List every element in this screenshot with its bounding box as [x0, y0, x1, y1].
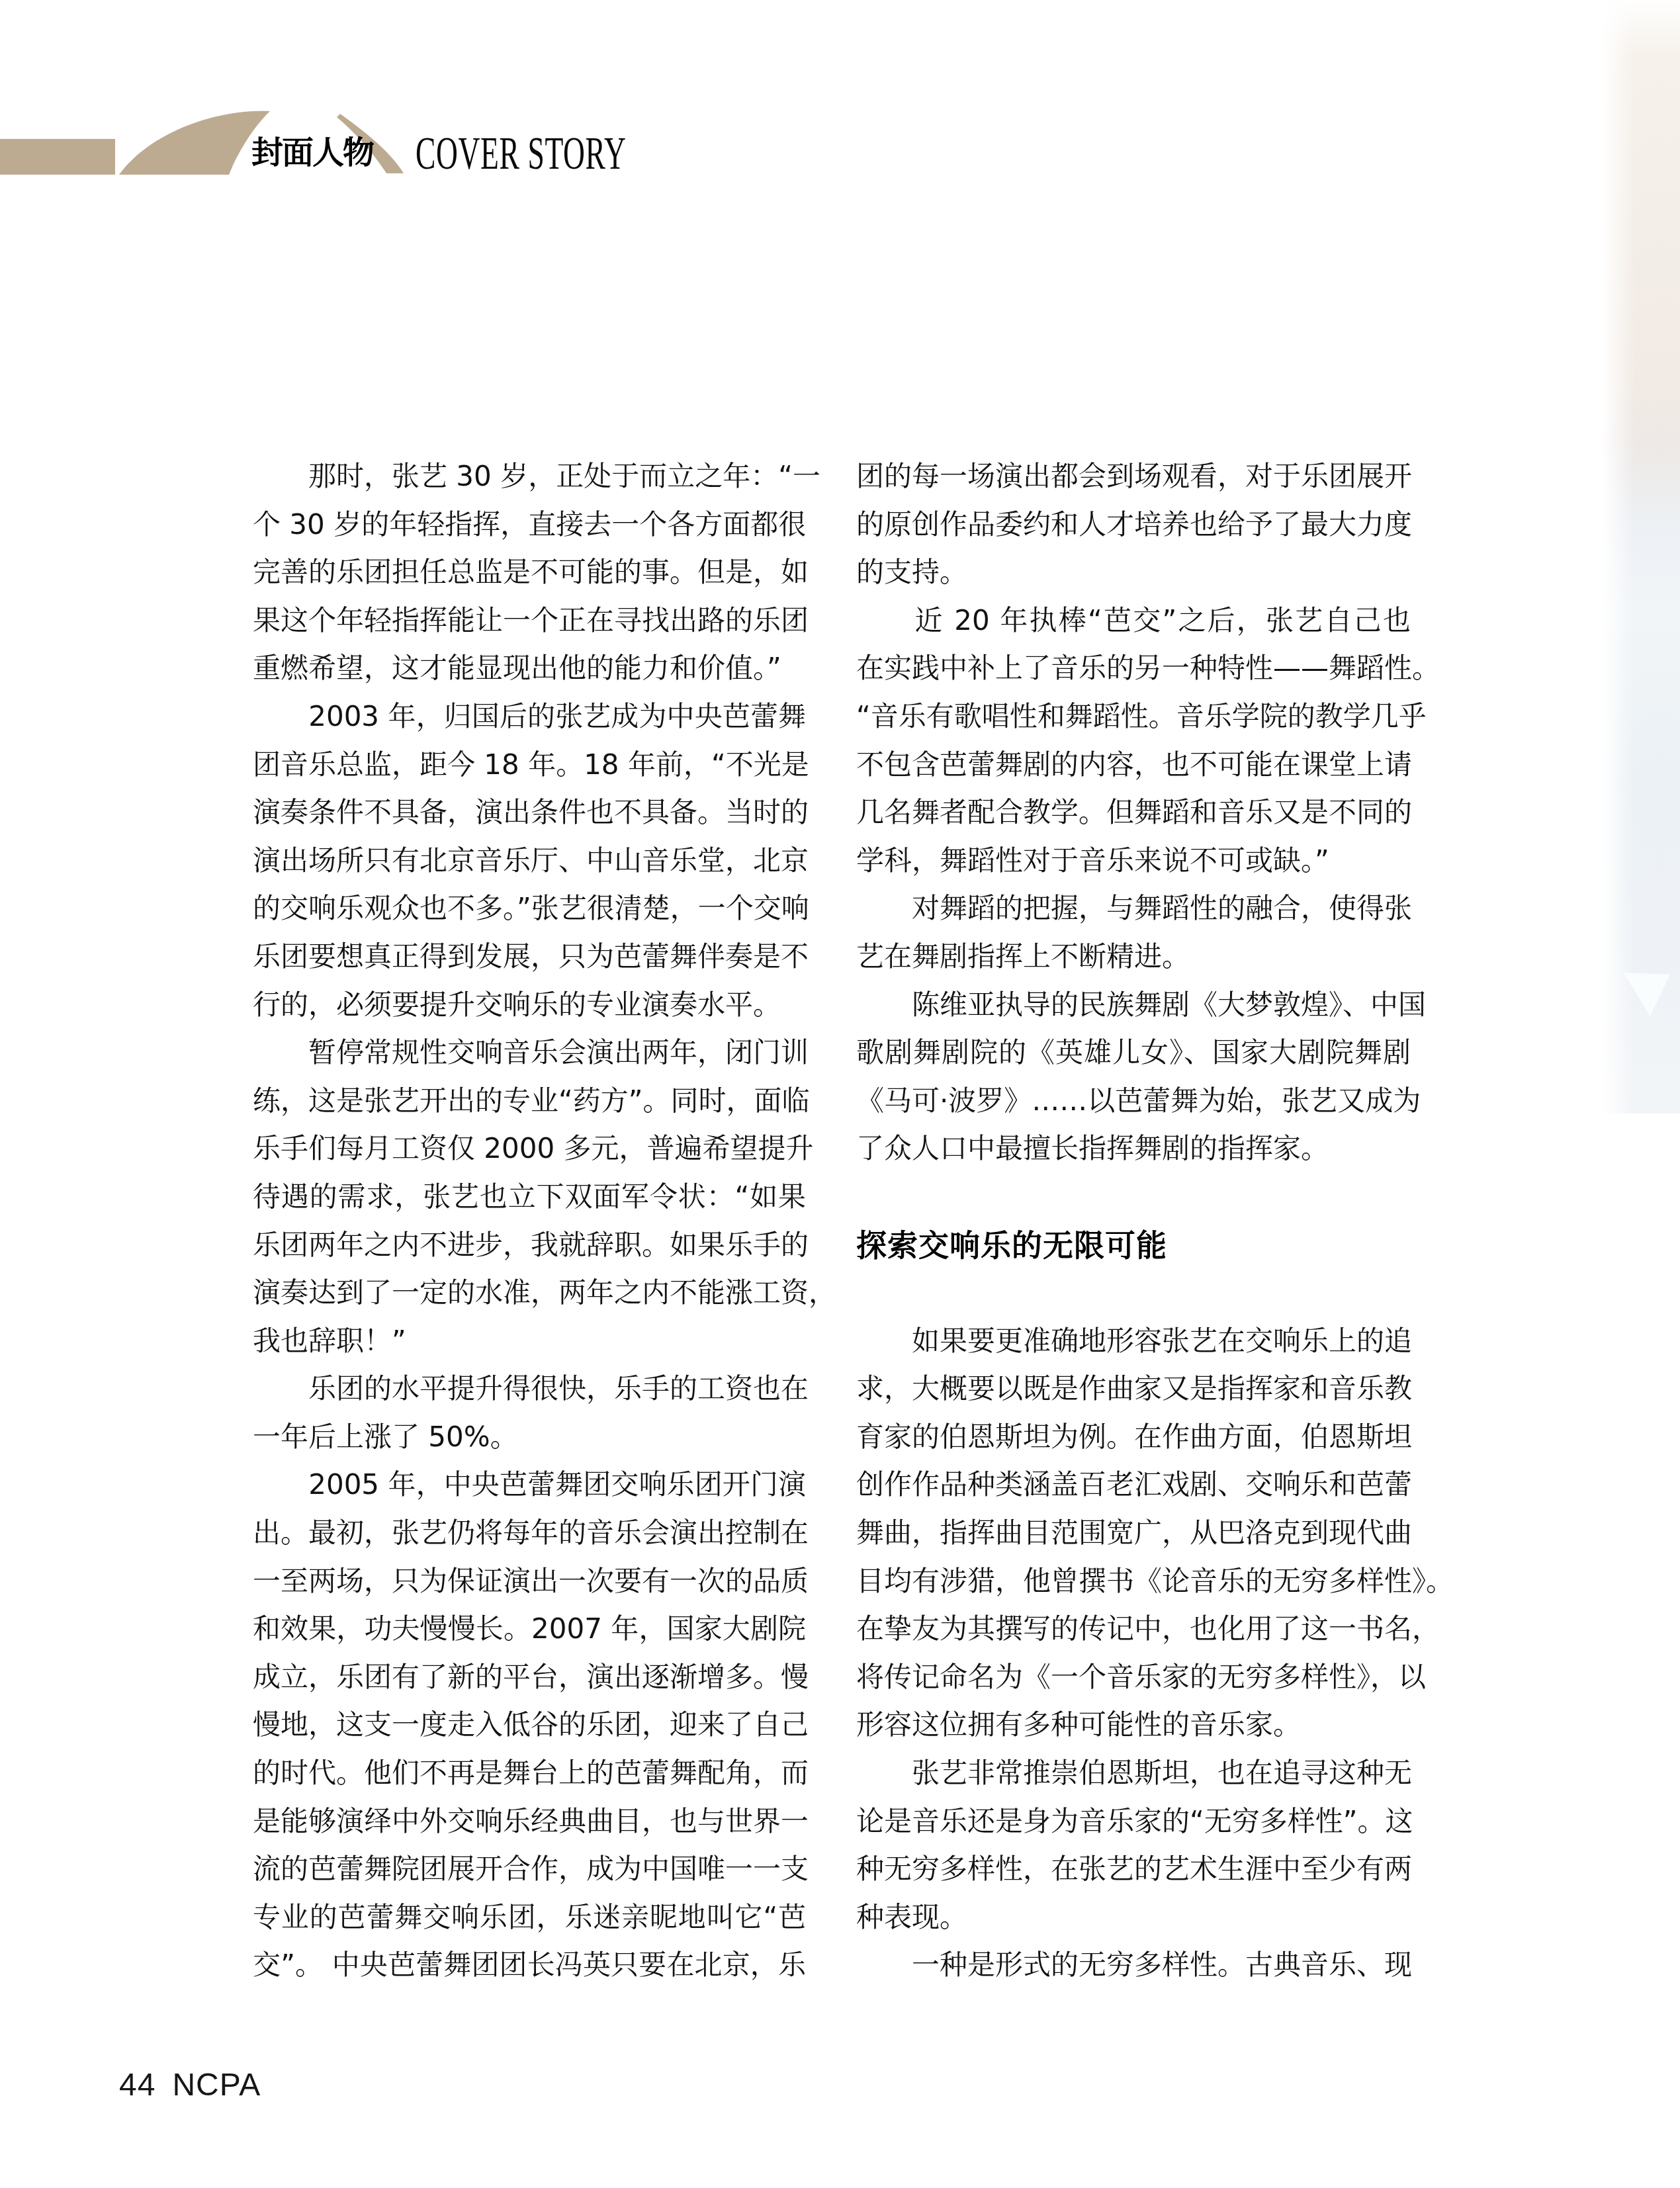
page-number: 44: [119, 2070, 155, 2101]
text-line: 乐手们每月工资仅 2000 多元，普遍希望提升: [253, 1125, 806, 1173]
text-line: 出。最初，张艺仍将每年的音乐会演出控制在: [253, 1509, 806, 1557]
text-line: 2003 年，归国后的张艺成为中央芭蕾舞: [253, 693, 806, 741]
text-line: 舞曲，指挥曲目范围宽广，从巴洛克到现代曲: [856, 1509, 1411, 1557]
text-line: 专业的芭蕾舞交响乐团，乐迷亲昵地叫它“芭: [253, 1894, 806, 1942]
text-line: 演奏条件不具备，演出条件也不具备。当时的: [253, 789, 806, 837]
text-line: 重燃希望，这才能显现出他的能力和价值。”: [253, 644, 806, 693]
text-line: 一种是形式的无穷多样性。古典音乐、现: [856, 1941, 1411, 1990]
text-line: 乐团两年之内不进步，我就辞职。如果乐手的: [253, 1221, 806, 1270]
text-line: 成立，乐团有了新的平台，演出逐渐增多。慢: [253, 1653, 806, 1702]
text-line: 一至两场，只为保证演出一次要有一次的品质: [253, 1557, 806, 1606]
right-column-segment-1: 团的每一场演出都会到场观看，对于乐团展开的原创作品委约和人才培养也给予了最大力度…: [856, 453, 1411, 1173]
logo-dome-fin: [119, 111, 270, 175]
text-line: 陈维亚执导的民族舞剧《大梦敦煌》、中国: [856, 981, 1411, 1029]
text-line: 交”。 中央芭蕾舞团团长冯英只要在北京，乐: [253, 1941, 806, 1990]
text-line: 对舞蹈的把握，与舞蹈性的融合，使得张: [856, 885, 1411, 933]
logo-left-bar: [0, 139, 115, 175]
text-line: 目均有涉猎，他曾撰书《论音乐的无穷多样性》。: [856, 1557, 1411, 1606]
section-heading: 探索交响乐的无限可能: [856, 1221, 1411, 1270]
text-line: 暂停常规性交响音乐会演出两年，闭门训: [253, 1029, 806, 1077]
right-column-segment-2: 如果要更准确地形容张艺在交响乐上的追求，大概要以既是作曲家又是指挥家和音乐教育家…: [856, 1317, 1411, 1990]
text-line: 演出场所只有北京音乐厅、中山音乐堂，北京: [253, 837, 806, 885]
page-edge-photo-strip: [1602, 0, 1680, 1114]
text-line: 的原创作品委约和人才培养也给予了最大力度: [856, 501, 1411, 549]
text-line: 将传记命名为《一个音乐家的无穷多样性》，以: [856, 1653, 1411, 1702]
text-line: 歌剧舞剧院的《英雄儿女》、国家大剧院舞剧: [856, 1029, 1411, 1077]
article-left-column: 那时，张艺 30 岁，正处于而立之年：“一个 30 岁的年轻指挥，直接去一个各方…: [253, 453, 806, 1990]
text-line: 种无穷多样性，在张艺的艺术生涯中至少有两: [856, 1845, 1411, 1894]
page-footer: 44 NCPA: [119, 2070, 261, 2101]
text-line: 是能够演绎中外交响乐经典曲目，也与世界一: [253, 1798, 806, 1846]
text-line: 在实践中补上了音乐的另一种特性——舞蹈性。: [856, 644, 1411, 693]
text-line: 乐团的水平提升得很快，乐手的工资也在: [253, 1365, 806, 1413]
text-line: 创作作品种类涵盖百老汇戏剧、交响乐和芭蕾: [856, 1461, 1411, 1509]
text-line: 如果要更准确地形容张艺在交响乐上的追: [856, 1317, 1411, 1366]
text-line: 的时代。他们不再是舞台上的芭蕾舞配角，而: [253, 1749, 806, 1798]
text-line: 育家的伯恩斯坦为例。在作曲方面，伯恩斯坦: [856, 1413, 1411, 1462]
text-line: 乐团要想真正得到发展，只为芭蕾舞伴奏是不: [253, 933, 806, 981]
text-line: 在挚友为其撰写的传记中，也化用了这一书名，: [856, 1605, 1411, 1653]
text-line: 张艺非常推崇伯恩斯坦，也在追寻这种无: [856, 1749, 1411, 1798]
text-line: 2005 年，中央芭蕾舞团交响乐团开门演: [253, 1461, 806, 1509]
text-line: 和效果，功夫慢慢长。2007 年，国家大剧院: [253, 1605, 806, 1653]
text-line: 形容这位拥有多种可能性的音乐家。: [856, 1701, 1411, 1749]
text-line: 的交响乐观众也不多。”张艺很清楚，一个交响: [253, 885, 806, 933]
text-line: 艺在舞剧指挥上不断精进。: [856, 933, 1411, 981]
text-line: 不包含芭蕾舞剧的内容，也不可能在课堂上请: [856, 741, 1411, 789]
text-line: 待遇的需求，张艺也立下双面军令状：“如果: [253, 1173, 806, 1221]
text-line: 近 20 年执棒“芭交”之后，张艺自己也: [856, 597, 1411, 645]
text-line: 慢地，这支一度走入低谷的乐团，迎来了自己: [253, 1701, 806, 1749]
text-line: 一年后上涨了 50%。: [253, 1413, 806, 1462]
text-line: 那时，张艺 30 岁，正处于而立之年：“一: [253, 453, 806, 501]
text-line: 论是音乐还是身为音乐家的“无穷多样性”。这: [856, 1798, 1411, 1846]
text-line: 学科，舞蹈性对于音乐来说不可或缺。”: [856, 837, 1411, 885]
text-line: 了众人口中最擅长指挥舞剧的指挥家。: [856, 1125, 1411, 1173]
text-line: 种表现。: [856, 1894, 1411, 1942]
text-line: 团的每一场演出都会到场观看，对于乐团展开: [856, 453, 1411, 501]
text-line: 行的，必须要提升交响乐的专业演奏水平。: [253, 981, 806, 1029]
text-line: “音乐有歌唱性和舞蹈性。音乐学院的教学几乎: [856, 693, 1411, 741]
text-line: 几名舞者配合教学。但舞蹈和音乐又是不同的: [856, 789, 1411, 837]
text-line: 练，这是张艺开出的专业“药方”。同时，面临: [253, 1077, 806, 1125]
text-line: 流的芭蕾舞院团展开合作，成为中国唯一一支: [253, 1845, 806, 1894]
text-line: 完善的乐团担任总监是不可能的事。但是，如: [253, 548, 806, 597]
text-line: 团音乐总监，距今 18 年。18 年前，“不光是: [253, 741, 806, 789]
section-title-cn: 封面人物: [251, 132, 373, 173]
section-title-en: COVER STORY: [416, 130, 627, 179]
text-line: 《马可·波罗》……以芭蕾舞为始，张艺又成为: [856, 1077, 1411, 1125]
brand-label: NCPA: [172, 2070, 261, 2101]
article-right-column: 团的每一场演出都会到场观看，对于乐团展开的原创作品委约和人才培养也给予了最大力度…: [856, 453, 1411, 1990]
text-line: 的支持。: [856, 548, 1411, 597]
text-line: 果这个年轻指挥能让一个正在寻找出路的乐团: [253, 597, 806, 645]
text-line: 求，大概要以既是作曲家又是指挥家和音乐教: [856, 1365, 1411, 1413]
text-line: 个 30 岁的年轻指挥，直接去一个各方面都很: [253, 501, 806, 549]
text-line: 我也辞职！”: [253, 1317, 806, 1366]
text-line: 演奏达到了一定的水准，两年之内不能涨工资，: [253, 1269, 806, 1317]
